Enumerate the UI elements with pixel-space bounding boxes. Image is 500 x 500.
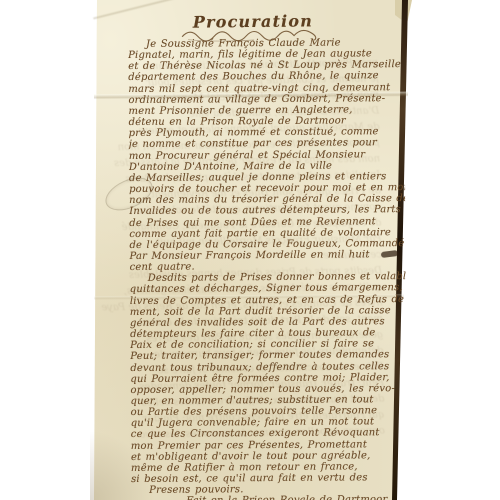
photo-background: près Plymouth, ai nommé et constitué, co… (0, 0, 500, 500)
manuscript-line: et m'obligeant d'avoir le tout pour agré… (131, 450, 407, 463)
page-title: Procuration (193, 11, 313, 31)
manuscript-line: mon Procureur général et Spécial Monsieu… (129, 149, 405, 162)
manuscript-line: Par Monsieur François Mordeille en mil h… (129, 249, 405, 262)
manuscript-line: si besoin est, ce qu'il aura fait en ver… (131, 472, 407, 485)
manuscript-line: ordinairement au village de Gombert, Pré… (128, 93, 404, 106)
manuscript-lines: Je Soussigné François Claude MariePignat… (128, 37, 407, 500)
